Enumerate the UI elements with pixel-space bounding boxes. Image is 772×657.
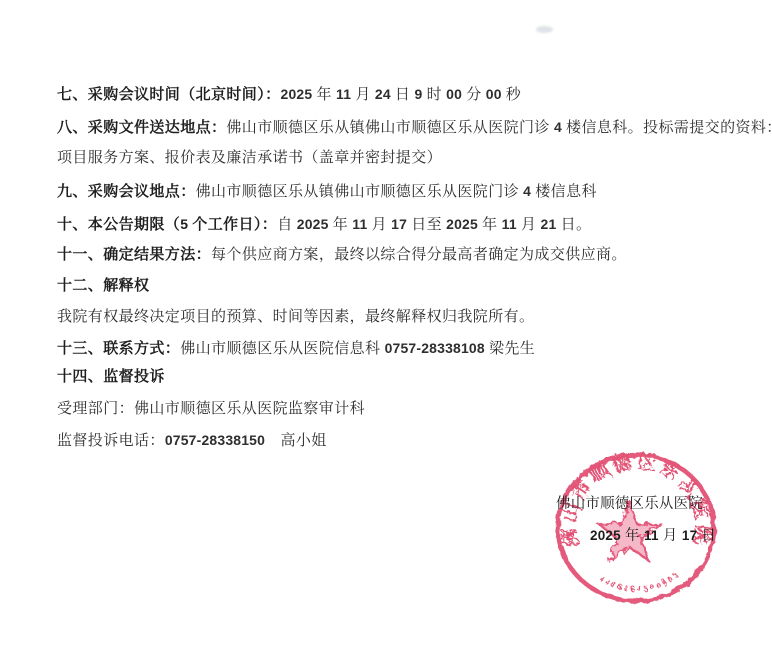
line-label: 九、采购会议地点： [57, 184, 196, 200]
doc-line-14c: 监督投诉电话：0757-28338150 高小姐 [57, 430, 327, 451]
doc-line-8b: 项目服务方案、报价表及廉洁承诺书（盖章并密封提交） [57, 148, 442, 168]
line-label: 十二、解释权 [57, 278, 149, 294]
doc-line-13: 十三、联系方式：佛山市顺德区乐从医院信息科 0757-28338108 梁先生 [57, 338, 535, 359]
line-label: 七、采购会议时间（北京时间）： [57, 87, 281, 103]
scan-smudge [536, 26, 553, 33]
line-content: 我院有权最终决定项目的预算、时间等因素，最终解释权归我院所有。 [57, 309, 534, 325]
line-label: 十、本公告期限（5 个工作日）： [57, 217, 277, 233]
line-label: 十一、确定结果方法： [57, 247, 211, 263]
line-label: 十三、联系方式： [57, 341, 180, 357]
signature-date: 2025 年 11 月 17 日 [590, 524, 716, 545]
line-content: 监督投诉电话：0757-28338150 高小姐 [57, 433, 327, 449]
doc-line-12b: 我院有权最终决定项目的预算、时间等因素，最终解释权归我院所有。 [57, 307, 534, 327]
doc-line-10: 十、本公告期限（5 个工作日）：自 2025 年 11 月 17 日至 2025… [57, 214, 591, 235]
line-content: 自 2025 年 11 月 17 日至 2025 年 11 月 21 日。 [277, 217, 591, 233]
line-content: 受理部门：佛山市顺德区乐从医院监察审计科 [57, 401, 365, 417]
doc-line-11: 十一、确定结果方法：每个供应商方案，最终以综合得分最高者确定为成交供应商。 [57, 245, 627, 265]
line-content: 项目服务方案、报价表及廉洁承诺书（盖章并密封提交） [57, 150, 442, 166]
line-content: 每个供应商方案，最终以综合得分最高者确定为成交供应商。 [211, 247, 627, 263]
line-label: 十四、监督投诉 [57, 369, 165, 385]
seal-code: 4406064500903 [598, 569, 682, 594]
doc-line-14b: 受理部门：佛山市顺德区乐从医院监察审计科 [57, 399, 365, 419]
line-content: 佛山市顺德区乐从镇佛山市顺德区乐从医院门诊 4 楼信息科 [196, 184, 597, 200]
doc-line-14: 十四、监督投诉 [57, 367, 165, 387]
line-content: 佛山市顺德区乐从医院信息科 0757-28338108 梁先生 [180, 341, 535, 357]
seal-code-node: 4406064500903 [598, 569, 682, 594]
line-content: 2025 年 11 月 24 日 9 时 00 分 00 秒 [281, 87, 522, 103]
line-label: 八、采购文件送达地点： [57, 120, 226, 136]
scanned-document-page: 七、采购会议时间（北京时间）：2025 年 11 月 24 日 9 时 00 分… [0, 0, 772, 657]
doc-line-7: 七、采购会议时间（北京时间）：2025 年 11 月 24 日 9 时 00 分… [57, 84, 521, 105]
doc-line-12: 十二、解释权 [57, 276, 149, 296]
doc-line-8: 八、采购文件送达地点：佛山市顺德区乐从镇佛山市顺德区乐从医院门诊 4 楼信息科。… [57, 117, 772, 138]
signature-org: 佛山市顺德区乐从医院 [556, 492, 706, 513]
doc-line-9: 九、采购会议地点：佛山市顺德区乐从镇佛山市顺德区乐从医院门诊 4 楼信息科 [57, 181, 597, 202]
line-content: 佛山市顺德区乐从镇佛山市顺德区乐从医院门诊 4 楼信息科。投标需提交的资料： [226, 120, 772, 136]
